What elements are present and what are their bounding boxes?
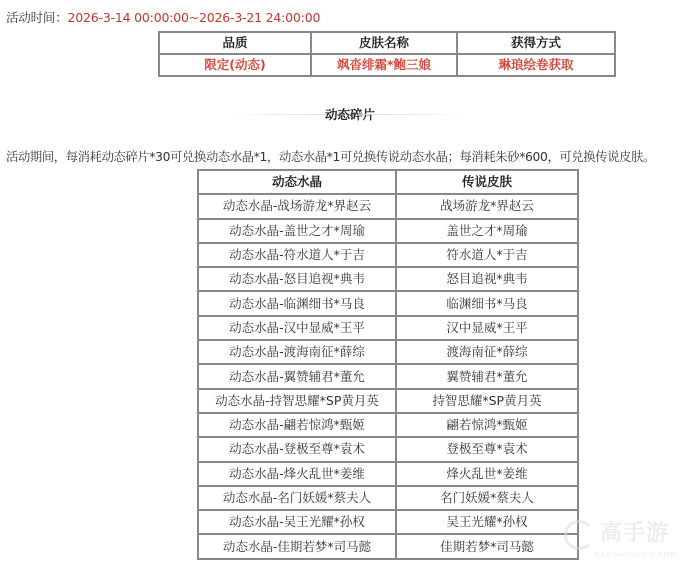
header-obtain-method: 获得方式 <box>457 32 615 54</box>
cell-skin: 渡海南征*薛综 <box>396 340 578 364</box>
cell-crystal: 动态水晶-符水道人*于吉 <box>198 243 396 267</box>
cell-crystal: 动态水晶-翩若惊鸿*甄姬 <box>198 413 396 437</box>
cell-crystal: 动态水晶-战场游龙*界赵云 <box>198 194 396 218</box>
table-row: 动态水晶-怒目追视*典韦怒目追视*典韦 <box>198 267 578 291</box>
event-time: 活动时间：2026-3-14 00:00:00~2026-3-21 24:00:… <box>6 9 320 27</box>
cell-crystal: 动态水晶-翼赞辅君*董允 <box>198 364 396 388</box>
event-time-label: 活动时间： <box>6 10 68 25</box>
section-title: 动态碎片 <box>230 106 470 124</box>
cell-crystal: 动态水晶-汉中显威*王平 <box>198 316 396 340</box>
cell-skin: 登极至尊*袁术 <box>396 437 578 461</box>
cell-skin: 持智思耀*SP黄月英 <box>396 389 578 413</box>
table-row: 动态水晶-烽火乱世*姜维烽火乱世*姜维 <box>198 462 578 486</box>
table-row: 动态水晶-翩若惊鸿*甄姬翩若惊鸿*甄姬 <box>198 413 578 437</box>
cell-crystal: 动态水晶-渡海南征*薛综 <box>198 340 396 364</box>
cell-skin: 翼赞辅君*董允 <box>396 364 578 388</box>
table-row: 动态水晶-佳期若梦*司马懿佳期若梦*司马懿 <box>198 534 578 558</box>
cell-skin: 佳期若梦*司马懿 <box>396 534 578 558</box>
cell-crystal: 动态水晶-吴王光耀*孙权 <box>198 510 396 534</box>
table-row: 动态水晶-吴王光耀*孙权吴王光耀*孙权 <box>198 510 578 534</box>
cell-skin-name: 飒沓绯霜*鲍三娘 <box>311 54 457 76</box>
table-row: 动态水晶-翼赞辅君*董允翼赞辅君*董允 <box>198 364 578 388</box>
cell-skin: 汉中显威*王平 <box>396 316 578 340</box>
watermark-subtext: GAOSHOUYOU.COM <box>594 551 677 559</box>
table-row: 动态水晶-汉中显威*王平汉中显威*王平 <box>198 316 578 340</box>
table-header-row: 动态水晶 传说皮肤 <box>198 170 578 194</box>
header-quality: 品质 <box>159 32 311 54</box>
cell-crystal: 动态水晶-登极至尊*袁术 <box>198 437 396 461</box>
cell-skin: 临渊细书*马良 <box>396 291 578 315</box>
cell-skin: 翩若惊鸿*甄姬 <box>396 413 578 437</box>
table-row: 动态水晶-持智思耀*SP黄月英持智思耀*SP黄月英 <box>198 389 578 413</box>
cell-obtain-method: 琳琅绘卷获取 <box>457 54 615 76</box>
divider-line-right <box>362 114 470 115</box>
table-row: 动态水晶-登极至尊*袁术登极至尊*袁术 <box>198 437 578 461</box>
cell-skin: 怒目追视*典韦 <box>396 267 578 291</box>
cell-crystal: 动态水晶-烽火乱世*姜维 <box>198 462 396 486</box>
cell-skin: 吴王光耀*孙权 <box>396 510 578 534</box>
cell-crystal: 动态水晶-怒目追视*典韦 <box>198 267 396 291</box>
table-row: 动态水晶-战场游龙*界赵云战场游龙*界赵云 <box>198 194 578 218</box>
event-time-value: 2026-3-14 00:00:00~2026-3-21 24:00:00 <box>68 10 321 25</box>
cell-crystal: 动态水晶-佳期若梦*司马懿 <box>198 534 396 558</box>
cell-quality: 限定(动态) <box>159 54 311 76</box>
header-skin-name: 皮肤名称 <box>311 32 457 54</box>
header-dynamic-crystal: 动态水晶 <box>198 170 396 194</box>
cell-crystal: 动态水晶-临渊细书*马良 <box>198 291 396 315</box>
table-row: 动态水晶-名门妖媛*蔡夫人名门妖媛*蔡夫人 <box>198 486 578 510</box>
site-watermark: 高手游 GAOSHOUYOU.COM <box>564 518 682 564</box>
cell-skin: 盖世之才*周瑜 <box>396 219 578 243</box>
skin-info-table: 品质 皮肤名称 获得方式 限定(动态) 飒沓绯霜*鲍三娘 琳琅绘卷获取 <box>158 31 616 77</box>
cell-crystal: 动态水晶-盖世之才*周瑜 <box>198 219 396 243</box>
header-legendary-skin: 传说皮肤 <box>396 170 578 194</box>
table-row: 动态水晶-渡海南征*薛综渡海南征*薛综 <box>198 340 578 364</box>
table-header-row: 品质 皮肤名称 获得方式 <box>159 32 615 54</box>
table-row: 动态水晶-临渊细书*马良临渊细书*马良 <box>198 291 578 315</box>
table-row: 限定(动态) 飒沓绯霜*鲍三娘 琳琅绘卷获取 <box>159 54 615 76</box>
cell-skin: 烽火乱世*姜维 <box>396 462 578 486</box>
table-row: 动态水晶-符水道人*于吉符水道人*于吉 <box>198 243 578 267</box>
table-row: 动态水晶-盖世之才*周瑜盖世之才*周瑜 <box>198 219 578 243</box>
cell-skin: 名门妖媛*蔡夫人 <box>396 486 578 510</box>
exchange-description: 活动期间，每消耗动态碎片*30可兑换动态水晶*1，动态水晶*1可兑换传说动态水晶… <box>6 148 655 166</box>
cell-skin: 符水道人*于吉 <box>396 243 578 267</box>
watermark-brand: 高手游 <box>600 520 669 548</box>
cell-crystal: 动态水晶-持智思耀*SP黄月英 <box>198 389 396 413</box>
cell-skin: 战场游龙*界赵云 <box>396 194 578 218</box>
cell-crystal: 动态水晶-名门妖媛*蔡夫人 <box>198 486 396 510</box>
section-heading: 动态碎片 <box>230 104 470 126</box>
crystal-exchange-table: 动态水晶 传说皮肤 动态水晶-战场游龙*界赵云战场游龙*界赵云 动态水晶-盖世之… <box>197 169 579 560</box>
